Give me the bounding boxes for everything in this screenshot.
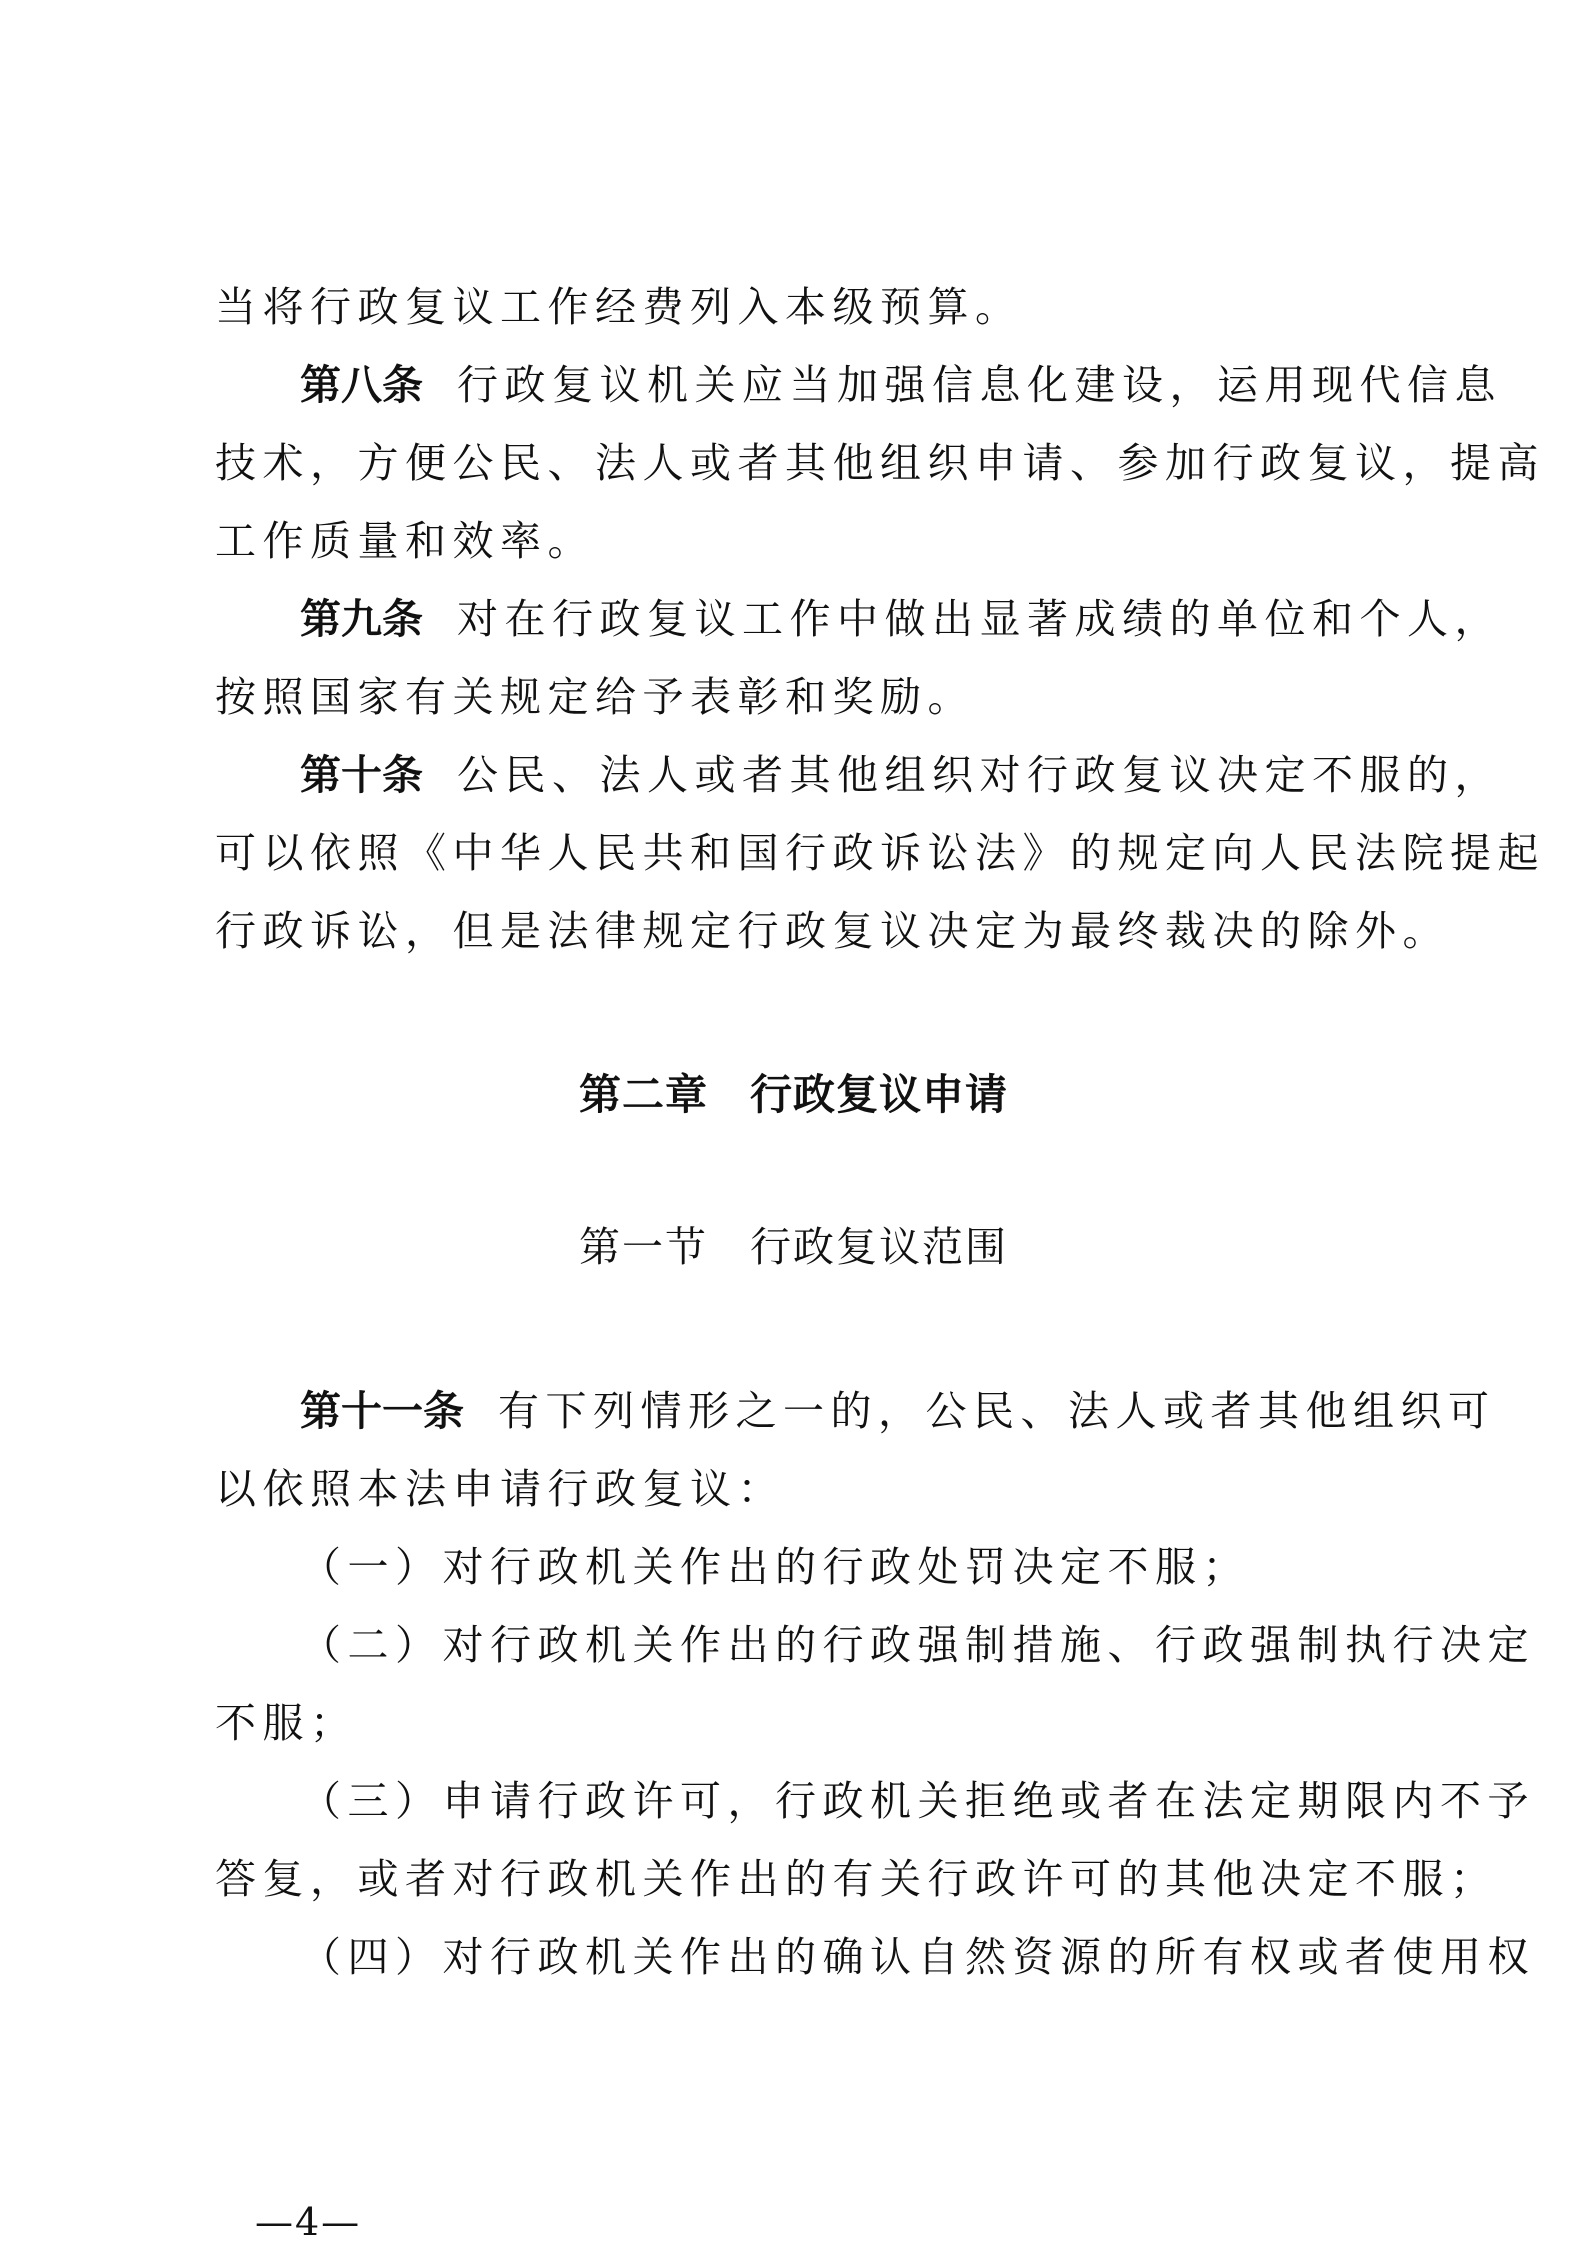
article-10-line: 第十条公民、法人或者其他组织对行政复议决定不服的，: [300, 750, 1395, 800]
chapter-title: 行政复议申请: [750, 1070, 1008, 1119]
body-line: 技术，方便公民、法人或者其他组织申请、参加行政复议，提高: [215, 438, 1395, 488]
chapter-number: 第二章: [579, 1070, 708, 1119]
list-item: （二）对行政机关作出的行政强制措施、行政强制执行决定: [300, 1620, 1395, 1670]
section-number: 第一节: [579, 1223, 708, 1271]
section-title: 行政复议范围: [750, 1223, 1008, 1271]
article-label: 第九条: [300, 595, 423, 643]
article-label: 第八条: [300, 361, 423, 409]
article-text: 公民、法人或者其他组织对行政复议决定不服的，: [457, 751, 1502, 799]
section-heading: 第一节行政复议范围: [0, 1222, 1587, 1272]
body-line: 以依照本法申请行政复议：: [215, 1464, 1395, 1514]
article-text: 对在行政复议工作中做出显著成绩的单位和个人，: [457, 595, 1502, 643]
body-line: 可以依照《中华人民共和国行政诉讼法》的规定向人民法院提起: [215, 828, 1395, 878]
body-line: 当将行政复议工作经费列入本级预算。: [215, 282, 1395, 332]
body-line: 不服；: [215, 1698, 1395, 1748]
article-label: 第十一条: [300, 1387, 464, 1435]
page-number: —4—: [255, 2200, 361, 2244]
article-text: 行政复议机关应当加强信息化建设，运用现代信息: [457, 361, 1502, 409]
body-line: 答复，或者对行政机关作出的有关行政许可的其他决定不服；: [215, 1854, 1395, 1904]
chapter-heading: 第二章行政复议申请: [0, 1070, 1587, 1120]
article-text: 有下列情形之一的，公民、法人或者其他组织可: [498, 1387, 1496, 1435]
article-8-line: 第八条行政复议机关应当加强信息化建设，运用现代信息: [300, 360, 1395, 410]
body-line: 行政诉讼，但是法律规定行政复议决定为最终裁决的除外。: [215, 906, 1395, 956]
article-label: 第十条: [300, 751, 423, 799]
list-item: （四）对行政机关作出的确认自然资源的所有权或者使用权: [300, 1932, 1395, 1982]
article-11-line: 第十一条有下列情形之一的，公民、法人或者其他组织可: [300, 1386, 1395, 1436]
list-item: （一）对行政机关作出的行政处罚决定不服；: [300, 1542, 1395, 1592]
article-9-line: 第九条对在行政复议工作中做出显著成绩的单位和个人，: [300, 594, 1395, 644]
list-item: （三）申请行政许可，行政机关拒绝或者在法定期限内不予: [300, 1776, 1395, 1826]
body-line: 工作质量和效率。: [215, 516, 1395, 566]
body-line: 按照国家有关规定给予表彰和奖励。: [215, 672, 1395, 722]
